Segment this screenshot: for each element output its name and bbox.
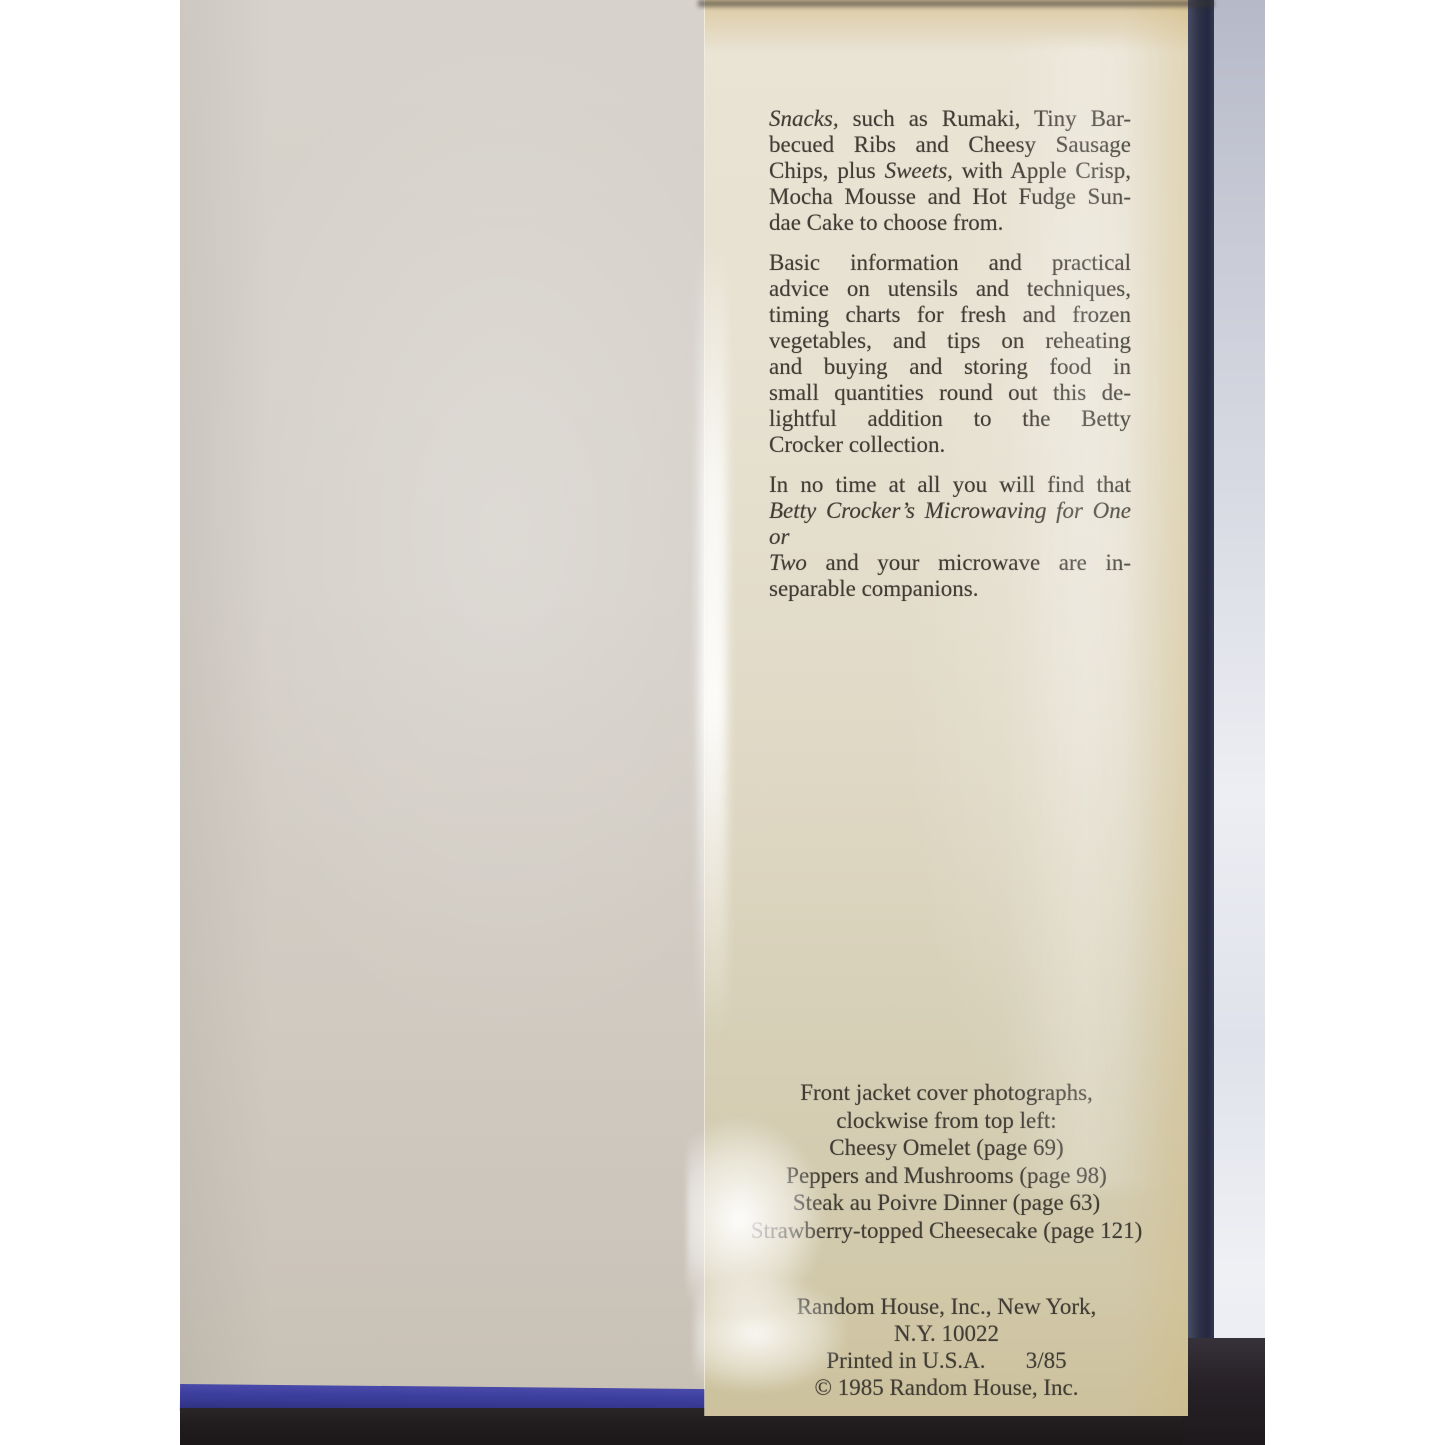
flap-text-line: advice on utensils and techniques, xyxy=(769,276,1131,302)
flap-text-line: separable companions. xyxy=(769,576,1131,602)
credits-line: Front jacket cover photographs, xyxy=(713,1079,1180,1107)
table-shadow-right xyxy=(1183,1338,1265,1445)
flap-text-line: Snacks, such as Rumaki, Tiny Bar- xyxy=(769,106,1131,132)
credits-line: Strawberry-topped Cheesecake (page 121) xyxy=(713,1217,1180,1245)
photo-credits: Front jacket cover photographs, clockwis… xyxy=(713,1079,1180,1244)
book-top-edge-shadow xyxy=(698,0,1214,7)
flap-paragraph-snacks: Snacks, such as Rumaki, Tiny Bar- becued… xyxy=(769,106,1131,236)
jacket-flap: Snacks, such as Rumaki, Tiny Bar- becued… xyxy=(705,0,1188,1416)
flap-text-line: vegetables, and tips on reheating xyxy=(769,328,1131,354)
credits-line: Steak au Poivre Dinner (page 63) xyxy=(713,1189,1180,1217)
flap-text: Snacks, such as Rumaki, Tiny Bar- becued… xyxy=(769,106,1131,616)
flap-text-line: Crocker collection. xyxy=(769,432,1131,458)
book-photo: Snacks, such as Rumaki, Tiny Bar- becued… xyxy=(180,0,1265,1445)
flap-text-line: dae Cake to choose from. xyxy=(769,210,1131,236)
publisher-line: N.Y. 10022 xyxy=(713,1320,1180,1347)
flap-paragraph-basic-info: Basic information and practical advice o… xyxy=(769,250,1131,458)
endpaper-page xyxy=(180,0,705,1392)
flap-paragraph-closing: In no time at all you will find that Bet… xyxy=(769,472,1131,602)
flap-text-line: small quantities round out this de- xyxy=(769,380,1131,406)
publisher-line: Printed in U.S.A. 3/85 xyxy=(713,1347,1180,1374)
flap-text-line: Mocha Mousse and Hot Fudge Sun- xyxy=(769,184,1131,210)
book-cover-fore-edge xyxy=(1188,0,1214,1400)
flap-text-line: In no time at all you will find that xyxy=(769,472,1131,498)
flap-text-line: becued Ribs and Cheesy Sausage xyxy=(769,132,1131,158)
flap-text-line: Betty Crocker’s Microwaving for One or xyxy=(769,498,1131,550)
flap-text-line: lightful addition to the Betty xyxy=(769,406,1131,432)
publisher-line: Random House, Inc., New York, xyxy=(713,1293,1180,1320)
flap-text-line: Chips, plus Sweets, with Apple Crisp, xyxy=(769,158,1131,184)
flap-text-line: and buying and storing food in xyxy=(769,354,1131,380)
publisher-info: Random House, Inc., New York, N.Y. 10022… xyxy=(713,1293,1180,1401)
publisher-line: © 1985 Random House, Inc. xyxy=(713,1374,1180,1401)
flap-text-line: Two and your microwave are in- xyxy=(769,550,1131,576)
flap-text-line: Basic information and practical xyxy=(769,250,1131,276)
credits-line: clockwise from top left: xyxy=(713,1107,1180,1135)
book-photo-canvas: Snacks, such as Rumaki, Tiny Bar- becued… xyxy=(0,0,1445,1445)
credits-line: Cheesy Omelet (page 69) xyxy=(713,1134,1180,1162)
flap-text-line: timing charts for fresh and frozen xyxy=(769,302,1131,328)
credits-line: Peppers and Mushrooms (page 98) xyxy=(713,1162,1180,1190)
